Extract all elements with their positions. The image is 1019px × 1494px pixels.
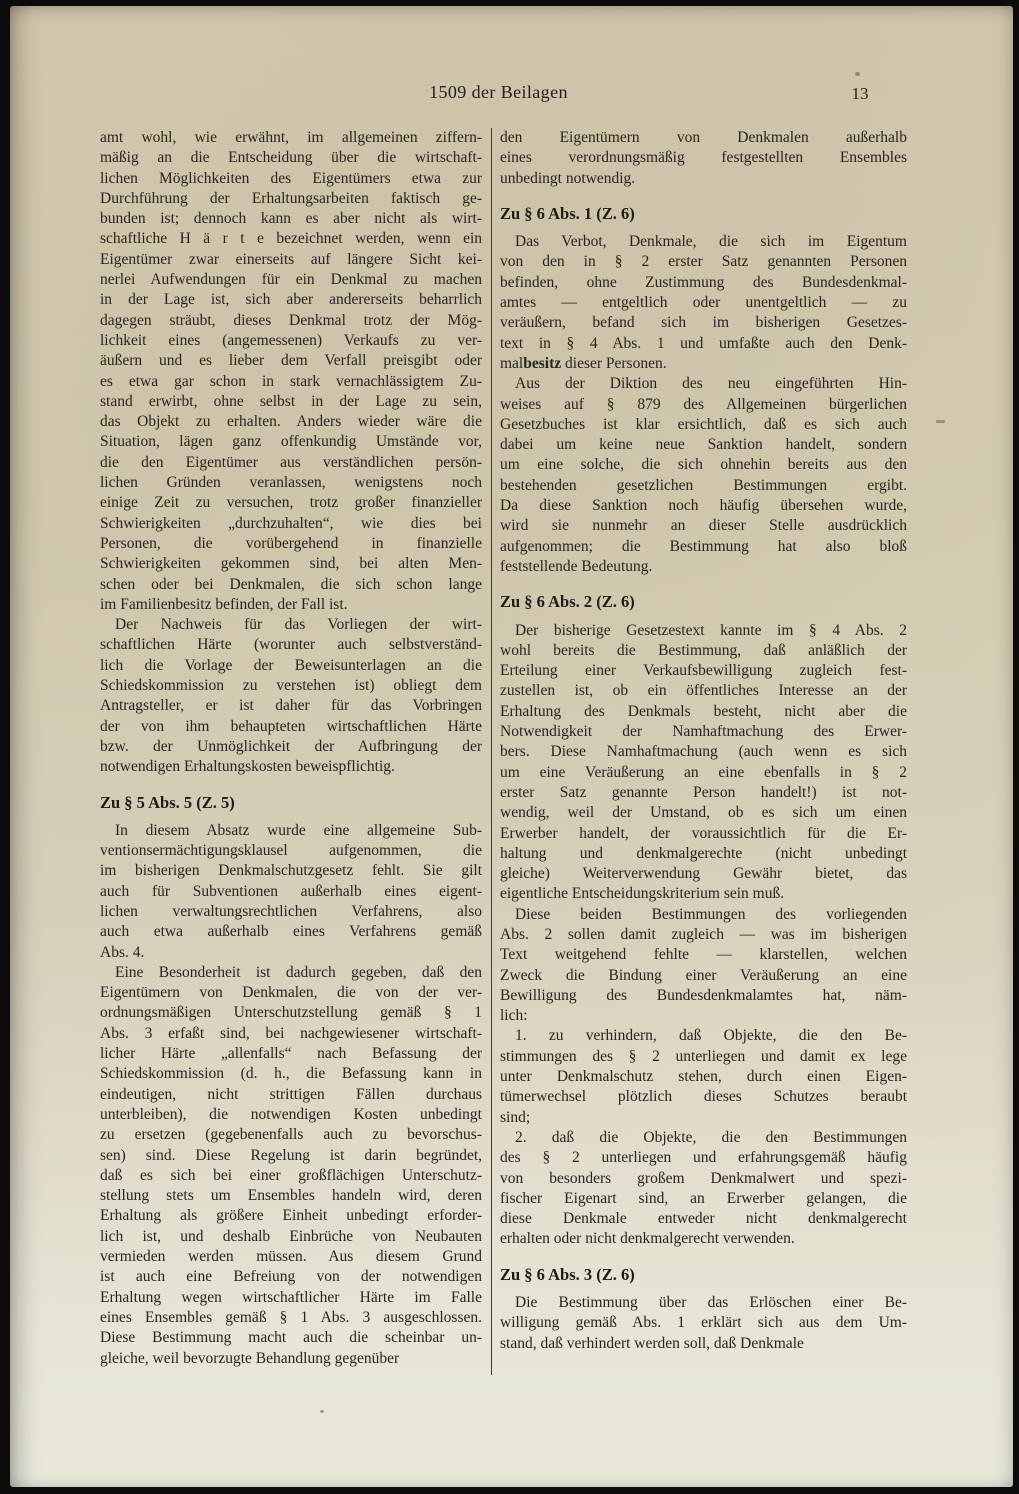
text-line: stimmungen des § 2 unterliegen und damit… (500, 1047, 907, 1067)
text-line: Notwendigkeit der Namhaftmachung des Erw… (500, 722, 907, 742)
text-line: Durchführung der Erhaltungsarbeiten fakt… (100, 189, 482, 209)
text-line: Zweck die Bindung einer Veräußerung an e… (500, 966, 907, 986)
text-line: Schiedskommission (d. h., die Befassung … (100, 1064, 482, 1084)
text-line: gleiche) Weiterverwendung Gewähr bietet,… (500, 864, 907, 884)
text-line: fischer Eigenart sind, an Erwerber gelan… (500, 1189, 907, 1209)
paragraph: den Eigentümern von Denkmalen außerhalbe… (500, 128, 907, 189)
text-line: Abs. 4. (100, 943, 482, 963)
text-line: Der bisherige Gesetzestext kannte im § 4… (500, 621, 907, 641)
text-line: unterbleiben), die notwendigen Kosten un… (100, 1105, 482, 1125)
paragraph: Die Bestimmung über das Erlöschen einer … (500, 1293, 907, 1354)
text-line: bers. Diese Namhaftmachung (auch wenn es… (500, 742, 907, 762)
paragraph: Das Verbot, Denkmale, die sich im Eigent… (500, 232, 907, 374)
text-line: die den Eigentümer aus verständlichen pe… (100, 453, 482, 473)
paragraph: Eine Besonderheit ist dadurch gegeben, d… (100, 963, 482, 1369)
text-line: Der Nachweis für das Vorliegen der wirt- (100, 615, 482, 635)
text-line: willigung gemäß Abs. 1 erklärt sich aus … (500, 1313, 907, 1333)
text-line: erster Satz genannte Person handelt!) is… (500, 783, 907, 803)
text-line: Personen, die vorübergehend in finanziel… (100, 534, 482, 554)
paragraph: Der Nachweis für das Vorliegen der wirt-… (100, 615, 482, 777)
text-line: amtes — entgeltlich oder unentgeltlich —… (500, 293, 907, 313)
text-line: wohl bereits die Bestimmung, daß anläßli… (500, 641, 907, 661)
text-line: Diese beiden Bestimmungen des vorliegend… (500, 905, 907, 925)
text-line: text in § 4 Abs. 1 und umfaßte auch den … (500, 334, 907, 354)
text-line: in der Lage ist, sich aber andererseits … (100, 290, 482, 310)
text-line: Aus der Diktion des neu eingeführten Hin… (500, 374, 907, 394)
text-line: Erwerber handelt, der voraussichtlich fü… (500, 824, 907, 844)
text-line: Schiedskommission zu verstehen ist) obli… (100, 676, 482, 696)
text-line: sind; (500, 1108, 907, 1128)
text-line: um eine Veräußerung an eine ebenfalls in… (500, 763, 907, 783)
text-line: wird sie nunmehr an dieser Stelle ausdrü… (500, 516, 907, 536)
text-line: daß es sich bei einer großflächigen Unte… (100, 1166, 482, 1186)
text-line: eines verordnungsmäßig festgestellten En… (500, 148, 907, 168)
text-line: schen oder bei Denkmalen, die sich schon… (100, 575, 482, 595)
text-line: In diesem Absatz wurde eine allgemeine S… (100, 821, 482, 841)
text-line: malbesitz dieser Personen. (500, 354, 907, 374)
text-line: Schwierigkeiten „durchzuhalten“, wie die… (100, 514, 482, 534)
text-line: Text weitgehend fehlte — klarstellen, we… (500, 945, 907, 965)
text-line: Die Bestimmung über das Erlöschen einer … (500, 1293, 907, 1313)
text-line: lich die Vorlage der Beweisunterlagen an… (100, 656, 482, 676)
text-line: unbedingt notwendig. (500, 169, 907, 189)
scan-speck (855, 72, 860, 76)
paragraph: 2. daß die Objekte, die den Bestimmungen… (500, 1128, 907, 1250)
text-line: bunden ist; dennoch kann es aber nicht a… (100, 209, 482, 229)
page-number: 13 (830, 84, 890, 104)
scanned-document: { "page": { "header": { "title": "1509 d… (0, 0, 1019, 1494)
text-line: Das Verbot, Denkmale, die sich im Eigent… (500, 232, 907, 252)
text-line: Erhaltung als größere Einheit unbedingt … (100, 1206, 482, 1226)
text-line: der von ihm behaupteten wirtschaftlichen… (100, 717, 482, 737)
text-line: wendig, weil der Umstand, ob es sich um … (500, 803, 907, 823)
text-line: lich: (500, 1006, 907, 1026)
text-line: amt wohl, wie erwähnt, im allgemeinen zi… (100, 128, 482, 148)
text-line: von besonders großem Denkmalwert und spe… (500, 1169, 907, 1189)
text-line: lichen Gründen veranlassen, wenigstens n… (100, 473, 482, 493)
left-column: amt wohl, wie erwähnt, im allgemeinen zi… (100, 128, 482, 1369)
document-title: 1509 der Beilagen (100, 82, 897, 103)
text-line: licher Härte „allenfalls“ nach Befassung… (100, 1044, 482, 1064)
text-line: stellung stets um Ensembles handeln wird… (100, 1186, 482, 1206)
text-line: Antragsteller, er ist daher für das Vorb… (100, 696, 482, 716)
text-line: erhalten oder nicht denkmalgerecht verwe… (500, 1229, 907, 1249)
section-heading: Zu § 6 Abs. 3 (Z. 6) (500, 1265, 907, 1285)
text-line: mäßig an die Entscheidung über die wirts… (100, 148, 482, 168)
text-line: einige Zeit zu versuchen, trotz großer f… (100, 493, 482, 513)
text-line: Da diese Sanktion noch häufig übersehen … (500, 496, 907, 516)
scan-speck (320, 1410, 324, 1413)
text-line: von den in § 2 erster Satz genannten Per… (500, 252, 907, 272)
scan-speck (936, 420, 945, 423)
paragraph: Diese beiden Bestimmungen des vorliegend… (500, 905, 907, 1027)
text-line: auch für Subventionen außerhalb eines ei… (100, 882, 482, 902)
text-line: bestehenden gesetzlichen Bestimmungen er… (500, 476, 907, 496)
text-line: lichkeit eines (angemessenen) Verkaufs z… (100, 331, 482, 351)
text-line: haltung und denkmalgerechte (nicht unbed… (500, 844, 907, 864)
text-line: Gesetzbuches ist klar ersichtlich, daß e… (500, 415, 907, 435)
text-line: nerlei Aufwendungen für ein Denkmal zu m… (100, 270, 482, 290)
text-line: Schwierigkeiten gekommen sind, bei alten… (100, 554, 482, 574)
text-line: dabei um keine neue Sanktion handelt, so… (500, 435, 907, 455)
text-line: den Eigentümern von Denkmalen außerhalb (500, 128, 907, 148)
text-line: eindeutigen, nicht strittigen Fällen dur… (100, 1085, 482, 1105)
text-line: gleiche, weil bevorzugte Behandlung gege… (100, 1349, 482, 1369)
text-line: Bewilligung des Bundesdenkmalamtes hat, … (500, 986, 907, 1006)
text-line: ordnungsmäßigen Unterschutzstellung gemä… (100, 1003, 482, 1023)
text-line: es etwa gar schon in stark vernachlässig… (100, 372, 482, 392)
text-line: lich ist, und deshalb Einbrüche von Neub… (100, 1227, 482, 1247)
text-line: Eine Besonderheit ist dadurch gegeben, d… (100, 963, 482, 983)
text-line: Erteilung einer Verkaufsbewilligung zugl… (500, 661, 907, 681)
text-line: Situation, lägen ganz offenkundig Umstän… (100, 432, 482, 452)
paragraph: 1. zu verhindern, daß Objekte, die den B… (500, 1026, 907, 1127)
text-line: lichen verwaltungsrechtlichen Verfahrens… (100, 902, 482, 922)
text-line: Diese Bestimmung macht auch die scheinba… (100, 1328, 482, 1348)
text-line: Abs. 2 sollen damit zugleich — was im bi… (500, 925, 907, 945)
text-line: auch etwa außerhalb eines Verfahrens gem… (100, 922, 482, 942)
text-line: aufgenommen; die Bestimmung hat also blo… (500, 537, 907, 557)
column-divider (491, 128, 492, 1375)
text-line: eigentliche Entscheidungskriterium sein … (500, 884, 907, 904)
paragraph: Aus der Diktion des neu eingeführten Hin… (500, 374, 907, 577)
text-line: um eine solche, die sich ohnehin bereits… (500, 455, 907, 475)
text-line: weises auf § 879 des Allgemeinen bürgerl… (500, 395, 907, 415)
text-line: schaftliche H ä r t e bezeichnet werden,… (100, 229, 482, 249)
paragraph: In diesem Absatz wurde eine allgemeine S… (100, 821, 482, 963)
text-line: ventionsermächtigungsklausel aufgenommen… (100, 841, 482, 861)
text-line: Eigentümern von Denkmalen, die von der v… (100, 983, 482, 1003)
text-line: befinden, ohne Zustimmung des Bundesdenk… (500, 273, 907, 293)
section-heading: Zu § 6 Abs. 2 (Z. 6) (500, 592, 907, 612)
section-heading: Zu § 6 Abs. 1 (Z. 6) (500, 204, 907, 224)
text-line: das Objekt zu erhalten. Anders wieder wä… (100, 412, 482, 432)
document-page: 1509 der Beilagen 13 amt wohl, wie erwäh… (10, 6, 1013, 1487)
section-heading: Zu § 5 Abs. 5 (Z. 5) (100, 793, 482, 813)
text-line: vermieden werden müssen. Aus diesem Grun… (100, 1247, 482, 1267)
text-line: diese Denkmale entweder nicht denkmalger… (500, 1209, 907, 1229)
text-line: dagegen sträubt, dieses Denkmal trotz de… (100, 311, 482, 331)
text-line: zustellen ist, ob ein öffentliches Inter… (500, 681, 907, 701)
text-line: unter Denkmalschutz stehen, durch einen … (500, 1067, 907, 1087)
text-line: zu ersetzen (gegebenenfalls auch zu bevo… (100, 1125, 482, 1145)
text-line: bzw. der Unmöglichkeit der Aufbringung d… (100, 737, 482, 757)
text-line: Erhaltung des Denkmals besteht, nicht ab… (500, 702, 907, 722)
text-line: veräußern, befand sich im bisherigen Ges… (500, 313, 907, 333)
text-line: lichen Möglichkeiten des Eigentümers etw… (100, 169, 482, 189)
text-line: im bisherigen Denkmalschutzgesetz fehlt.… (100, 861, 482, 881)
text-line: stand, daß verhindert werden soll, daß D… (500, 1334, 907, 1354)
text-line: stand erwirbt, ohne selbst in der Lage z… (100, 392, 482, 412)
text-line: feststellende Bedeutung. (500, 557, 907, 577)
text-line: äußern und es lieber dem Verfall preisgi… (100, 351, 482, 371)
text-line: des § 2 unterliegen und erfahrungsgemäß … (500, 1148, 907, 1168)
text-line: tümerwechsel plötzlich dieses Schutzes b… (500, 1087, 907, 1107)
text-line: im Familienbesitz befinden, der Fall ist… (100, 595, 482, 615)
text-line: Abs. 3 erfaßt sind, bei nachgewiesener w… (100, 1024, 482, 1044)
text-line: Erhaltung wegen wirtschaftlicher Härte i… (100, 1288, 482, 1308)
text-line: schaftlichen Härte (worunter auch selbst… (100, 635, 482, 655)
text-line: 2. daß die Objekte, die den Bestimmungen (500, 1128, 907, 1148)
text-line: notwendigen Erhaltungskosten beweispflic… (100, 757, 482, 777)
text-line: ist auch eine Befreiung von der notwendi… (100, 1267, 482, 1287)
text-line: sen) sind. Diese Regelung ist darin begr… (100, 1146, 482, 1166)
text-line: 1. zu verhindern, daß Objekte, die den B… (500, 1026, 907, 1046)
paragraph: Der bisherige Gesetzestext kannte im § 4… (500, 621, 907, 905)
text-line: Eigentümer zwar einerseits auf längere S… (100, 250, 482, 270)
paragraph: amt wohl, wie erwähnt, im allgemeinen zi… (100, 128, 482, 615)
right-column: den Eigentümern von Denkmalen außerhalbe… (500, 128, 907, 1354)
text-line: eines Ensembles gemäß § 1 Abs. 3 ausgesc… (100, 1308, 482, 1328)
